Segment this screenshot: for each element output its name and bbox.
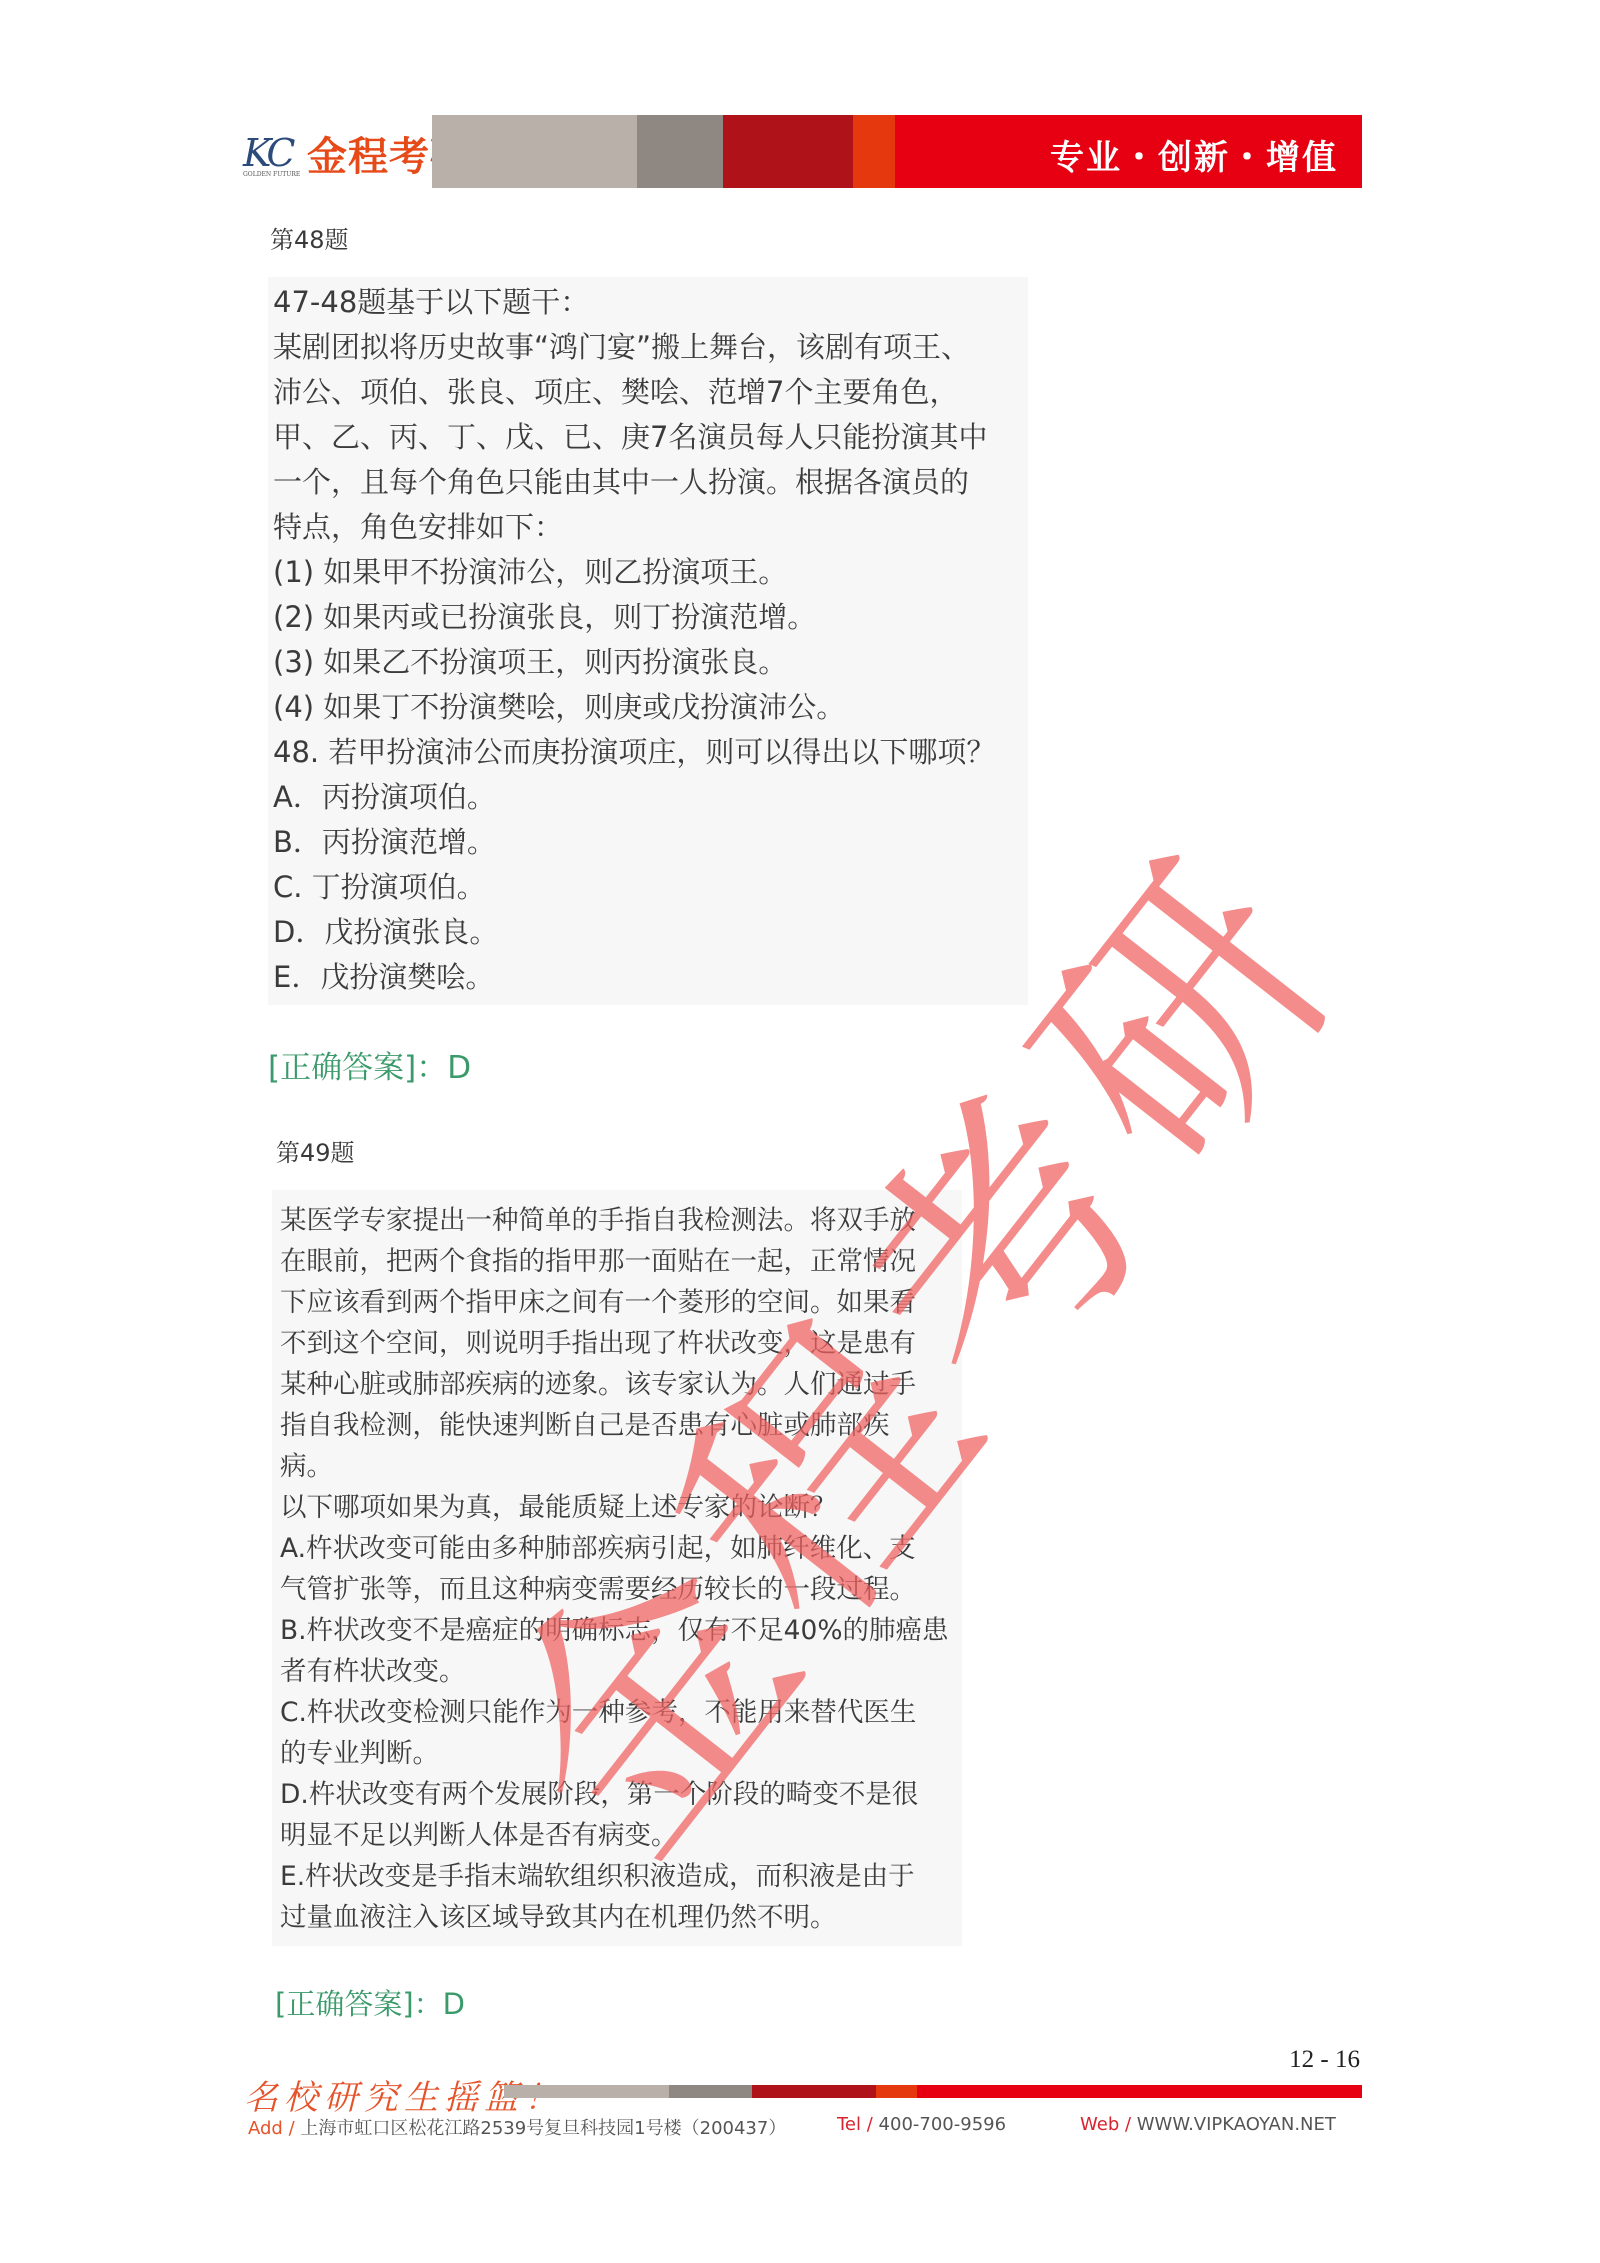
question-line: 某种心脏或肺部疾病的迹象。该专家认为。人们通过手 <box>280 1362 916 1401</box>
address-label: Add / <box>248 2118 295 2139</box>
question-line: 甲、乙、丙、丁、戊、已、庚7名演员每人只能扮演其中 <box>273 415 987 456</box>
question-line: 特点，角色安排如下： <box>273 505 563 546</box>
condition-line: (4) 如果丁不扮演樊哙，则庚或戊扮演沛公。 <box>273 685 845 726</box>
footer-address: Add / 上海市虹口区松花江路2539号复旦科技园1号楼（200437） <box>248 2114 786 2140</box>
question-line: 某剧团拟将历史故事“鸿门宴”搬上舞台，该剧有项王、 <box>273 325 970 366</box>
option-d: D.杵状改变有两个发展阶段，第一个阶段的畸变不是很 <box>280 1772 918 1811</box>
footer-band-segment <box>917 2085 1362 2098</box>
option-a-cont: 气管扩张等，而且这种病变需要经历较长的一段过程。 <box>280 1567 916 1606</box>
question-line: 某医学专家提出一种简单的手指自我检测法。将双手放 <box>280 1198 916 1237</box>
question-48-answer: [正确答案]：D <box>268 1042 471 1087</box>
question-line: 沛公、项伯、张良、项庄、樊哙、范增7个主要角色， <box>273 370 958 411</box>
address-value: 上海市虹口区松花江路2539号复旦科技园1号楼（200437） <box>295 2118 787 2139</box>
question-line: 指自我检测，能快速判断自己是否患有心脏或肺部疾 <box>280 1403 890 1442</box>
logo-mark-text: KC <box>243 131 291 175</box>
option-c-cont: 的专业判断。 <box>280 1731 439 1770</box>
footer-web: Web / WWW.VIPKAOYAN.NET <box>1080 2114 1336 2135</box>
logo-subtitle: GOLDEN FUTURE <box>243 171 300 178</box>
question-48-title: 第48题 <box>270 220 349 255</box>
option-c: C. 丁扮演项伯。 <box>273 865 486 906</box>
option-e: E．戊扮演樊哙。 <box>273 955 494 996</box>
page-header: KC GOLDEN FUTURE 金程考研 专业・创新・增值 <box>0 0 1600 200</box>
footer-band-segment <box>752 2085 876 2098</box>
header-band-segment <box>853 115 895 188</box>
option-c: C.杵状改变检测只能作为一种参考，不能用来替代医生 <box>280 1690 916 1729</box>
option-a: A.杵状改变可能由多种肺部疾病引起，如肺纤维化、支 <box>280 1526 916 1565</box>
option-d: D．戊扮演张良。 <box>273 910 498 951</box>
question-line: 病。 <box>280 1444 333 1483</box>
footer-band-segment <box>876 2085 917 2098</box>
question-prompt: 48. 若甲扮演沛公而庚扮演项庄，则可以得出以下哪项？ <box>273 730 995 771</box>
option-d-cont: 明显不足以判断人体是否有病变。 <box>280 1813 678 1852</box>
option-b: B．丙扮演范增。 <box>273 820 496 861</box>
question-49-box: 某医学专家提出一种简单的手指自我检测法。将双手放 在眼前，把两个食指的指甲那一面… <box>272 1190 962 1946</box>
condition-line: (1) 如果甲不扮演沛公，则乙扮演项王。 <box>273 550 787 591</box>
question-prompt: 以下哪项如果为真，最能质疑上述专家的论断？ <box>280 1485 837 1524</box>
option-b: B.杵状改变不是癌症的明确标志，仅有不足40%的肺癌患 <box>280 1608 949 1647</box>
header-band-segment <box>637 115 723 188</box>
web-label: Web / <box>1080 2114 1131 2135</box>
footer-band-segment <box>504 2085 669 2098</box>
option-e: E.杵状改变是手指末端软组织积液造成，而积液是由于 <box>280 1854 915 1893</box>
tel-label: Tel / <box>837 2114 873 2135</box>
footer-band-segment <box>669 2085 752 2098</box>
header-slogan: 专业・创新・增值 <box>1050 130 1338 179</box>
option-a: A．丙扮演项伯。 <box>273 775 496 816</box>
option-b-cont: 者有杵状改变。 <box>280 1649 466 1688</box>
web-value[interactable]: WWW.VIPKAOYAN.NET <box>1131 2114 1336 2135</box>
logo-mark-icon: KC GOLDEN FUTURE <box>243 131 305 175</box>
header-band-segment <box>432 115 637 188</box>
question-line: 不到这个空间，则说明手指出现了杵状改变，这是患有 <box>280 1321 916 1360</box>
question-49-title: 第49题 <box>276 1133 355 1168</box>
footer-tel: Tel / 400-700-9596 <box>837 2114 1006 2135</box>
question-line: 一个，且每个角色只能由其中一人扮演。根据各演员的 <box>273 460 969 501</box>
option-e-cont: 过量血液注入该区域导致其内在机理仍然不明。 <box>280 1895 837 1934</box>
question-line: 47-48题基于以下题干： <box>273 280 589 321</box>
question-line: 下应该看到两个指甲床之间有一个菱形的空间。如果看 <box>280 1280 916 1319</box>
question-line: 在眼前，把两个食指的指甲那一面贴在一起，正常情况 <box>280 1239 916 1278</box>
tel-value: 400-700-9596 <box>873 2114 1006 2135</box>
question-48-box: 47-48题基于以下题干： 某剧团拟将历史故事“鸿门宴”搬上舞台，该剧有项王、 … <box>268 277 1028 1005</box>
condition-line: (2) 如果丙或已扮演张良，则丁扮演范增。 <box>273 595 816 636</box>
condition-line: (3) 如果乙不扮演项王，则丙扮演张良。 <box>273 640 787 681</box>
page-number: 12 - 16 <box>1289 2046 1360 2074</box>
question-49-answer: [正确答案]：D <box>275 1982 465 2023</box>
header-band-segment <box>723 115 853 188</box>
